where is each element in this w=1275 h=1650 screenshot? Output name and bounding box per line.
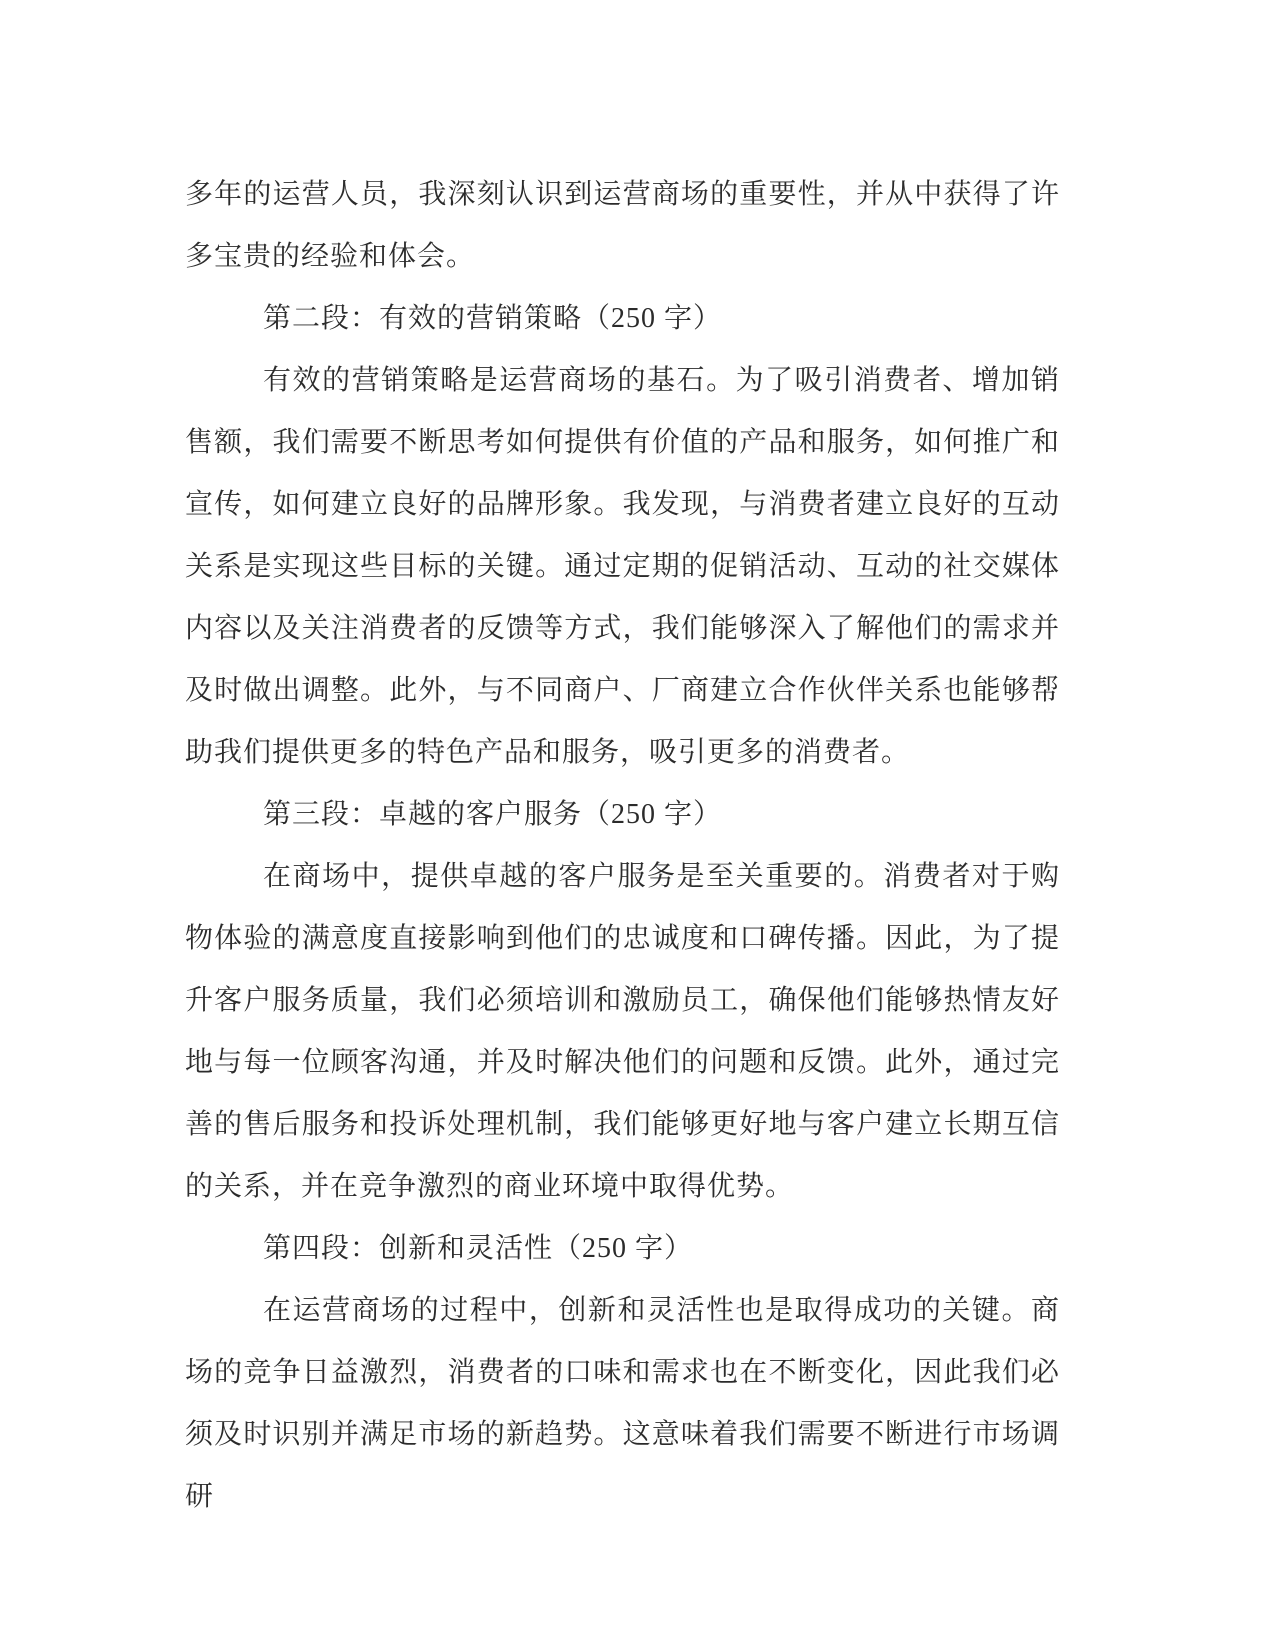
paragraph-continuation: 多年的运营人员，我深刻认识到运营商场的重要性，并从中获得了许多宝贵的经验和体会。 — [185, 164, 1060, 288]
section-body-4: 在运营商场的过程中，创新和灵活性也是取得成功的关键。商场的竞争日益激烈，消费者的… — [185, 1280, 1060, 1528]
section-heading-2: 第二段：有效的营销策略（250 字） — [185, 288, 1060, 350]
document-body: 多年的运营人员，我深刻认识到运营商场的重要性，并从中获得了许多宝贵的经验和体会。… — [185, 164, 1060, 1528]
section-heading-3: 第三段：卓越的客户服务（250 字） — [185, 784, 1060, 846]
section-body-2: 有效的营销策略是运营商场的基石。为了吸引消费者、增加销售额，我们需要不断思考如何… — [185, 350, 1060, 784]
document-page: 多年的运营人员，我深刻认识到运营商场的重要性，并从中获得了许多宝贵的经验和体会。… — [0, 0, 1275, 1650]
section-body-3: 在商场中，提供卓越的客户服务是至关重要的。消费者对于购物体验的满意度直接影响到他… — [185, 846, 1060, 1218]
section-heading-4: 第四段：创新和灵活性（250 字） — [185, 1218, 1060, 1280]
